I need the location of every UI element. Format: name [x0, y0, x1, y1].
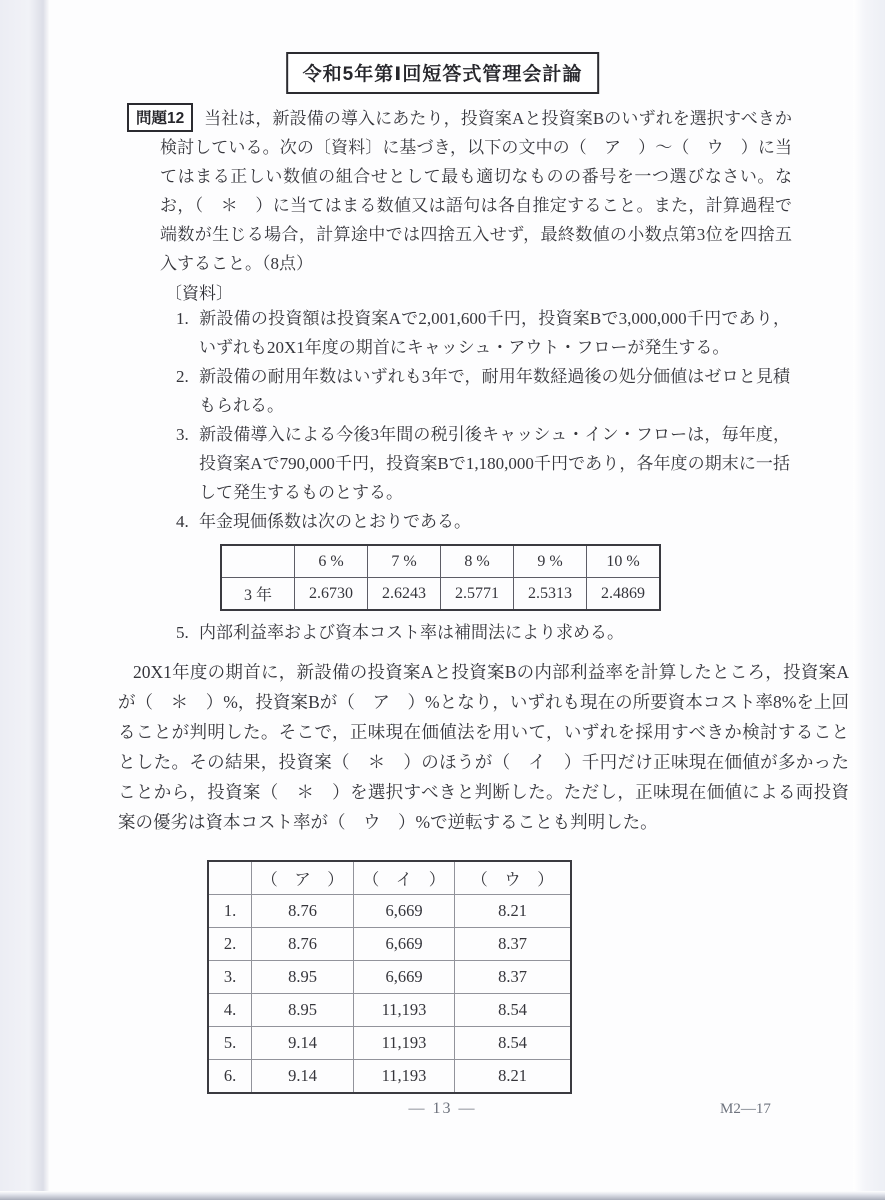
option-value-u: 8.54	[455, 1027, 572, 1060]
item-text: 新設備の投資額は投資案Aで2,001,600千円，投資案Bで3,000,000千…	[199, 309, 790, 357]
annuity-header-row: 6 % 7 % 8 % 9 % 10 %	[221, 545, 660, 578]
page-edge-bottom	[0, 1191, 885, 1200]
first-line-indent	[160, 123, 204, 124]
option-value-a: 9.14	[252, 1027, 354, 1060]
annuity-factor-table: 6 % 7 % 8 % 9 % 10 % 3 年 2.6730 2.6243 2…	[220, 544, 661, 611]
answer-row-2: 2. 8.76 6,669 8.37	[208, 928, 571, 961]
option-value-u: 8.21	[455, 1060, 572, 1094]
option-value-u: 8.54	[455, 994, 572, 1027]
answer-row-3: 3. 8.95 6,669 8.37	[208, 961, 571, 994]
answer-header-cell: （ イ ）	[354, 861, 455, 895]
option-value-u: 8.37	[455, 961, 572, 994]
option-value-i: 11,193	[354, 1027, 455, 1060]
option-value-a: 8.95	[252, 994, 354, 1027]
problem-statement-text: 当社は，新設備の導入にあたり，投資案Aと投資案Bのいずれを選択すべきか検討してい…	[160, 109, 792, 273]
option-number: 1.	[208, 895, 252, 928]
shiryo-item-1: 1.新設備の投資額は投資案Aで2,001,600千円，投資案Bで3,000,00…	[176, 304, 790, 362]
answer-row-5: 5. 9.14 11,193 8.54	[208, 1027, 571, 1060]
answer-header-cell	[208, 861, 252, 895]
annuity-cell: 2.5313	[514, 578, 587, 611]
annuity-header-cell: 9 %	[514, 545, 587, 578]
option-value-a: 9.14	[252, 1060, 354, 1094]
question-paragraph: 20X1年度の期首に，新設備の投資案Aと投資案Bの内部利益率を計算したところ，投…	[118, 657, 849, 837]
option-value-u: 8.37	[455, 928, 572, 961]
page-edge-right	[853, 0, 885, 1200]
annuity-cell: 2.6243	[368, 578, 441, 611]
item-text: 年金現価係数は次のとおりである。	[199, 512, 471, 531]
item-number: 5.	[176, 618, 199, 647]
document-code: M2—17	[720, 1101, 771, 1118]
annuity-data-row: 3 年 2.6730 2.6243 2.5771 2.5313 2.4869	[221, 578, 660, 611]
annuity-header-cell: 6 %	[295, 545, 368, 578]
answer-header-cell: （ ウ ）	[455, 861, 572, 895]
option-number: 3.	[208, 961, 252, 994]
item-number: 3.	[176, 420, 199, 449]
item-number: 4.	[176, 507, 199, 536]
item-text: 新設備の耐用年数はいずれも3年で，耐用年数経過後の処分価値はゼロと見積もられる。	[199, 367, 790, 415]
item-text: 内部利益率および資本コスト率は補間法により求める。	[199, 623, 624, 642]
answer-options-table: （ ア ） （ イ ） （ ウ ） 1. 8.76 6,669 8.21 2. …	[207, 860, 572, 1094]
option-number: 6.	[208, 1060, 252, 1094]
option-number: 5.	[208, 1027, 252, 1060]
option-number: 2.	[208, 928, 252, 961]
annuity-row-label: 3 年	[221, 578, 295, 611]
page-edge-left	[0, 0, 50, 1200]
item-number: 1.	[176, 304, 199, 333]
answer-row-6: 6. 9.14 11,193 8.21	[208, 1060, 571, 1094]
answer-row-4: 4. 8.95 11,193 8.54	[208, 994, 571, 1027]
option-value-i: 11,193	[354, 994, 455, 1027]
problem-statement: 当社は，新設備の導入にあたり，投資案Aと投資案Bのいずれを選択すべきか検討してい…	[160, 104, 792, 278]
answer-header-cell: （ ア ）	[252, 861, 354, 895]
shiryo-heading: 〔資料〕	[165, 279, 233, 304]
annuity-cell: 2.4869	[587, 578, 661, 611]
exam-page: 令和5年第Ⅰ回短答式管理会計論 問題12 当社は，新設備の導入にあたり，投資案A…	[0, 0, 885, 1200]
item-text: 新設備導入による今後3年間の税引後キャッシュ・イン・フローは，毎年度，投資案Aで…	[199, 425, 790, 502]
answer-row-1: 1. 8.76 6,669 8.21	[208, 895, 571, 928]
option-value-u: 8.21	[455, 895, 572, 928]
exam-title: 令和5年第Ⅰ回短答式管理会計論	[286, 52, 600, 94]
annuity-header-cell	[221, 545, 295, 578]
annuity-cell: 2.5771	[441, 578, 514, 611]
option-value-a: 8.95	[252, 961, 354, 994]
option-value-i: 6,669	[354, 928, 455, 961]
option-value-i: 11,193	[354, 1060, 455, 1094]
shiryo-item-4: 4.年金現価係数は次のとおりである。	[176, 507, 790, 536]
shiryo-item-2: 2.新設備の耐用年数はいずれも3年で，耐用年数経過後の処分価値はゼロと見積もられ…	[176, 362, 790, 420]
option-value-i: 6,669	[354, 895, 455, 928]
annuity-header-cell: 7 %	[368, 545, 441, 578]
annuity-header-cell: 10 %	[587, 545, 661, 578]
shiryo-item-3: 3.新設備導入による今後3年間の税引後キャッシュ・イン・フローは，毎年度，投資案…	[176, 420, 790, 507]
answer-header-row: （ ア ） （ イ ） （ ウ ）	[208, 861, 571, 895]
annuity-cell: 2.6730	[295, 578, 368, 611]
item-number: 2.	[176, 362, 199, 391]
option-value-a: 8.76	[252, 895, 354, 928]
shiryo-list: 1.新設備の投資額は投資案Aで2,001,600千円，投資案Bで3,000,00…	[176, 304, 790, 647]
option-value-i: 6,669	[354, 961, 455, 994]
option-number: 4.	[208, 994, 252, 1027]
annuity-header-cell: 8 %	[441, 545, 514, 578]
shiryo-item-5: 5.内部利益率および資本コスト率は補間法により求める。	[176, 618, 790, 647]
option-value-a: 8.76	[252, 928, 354, 961]
